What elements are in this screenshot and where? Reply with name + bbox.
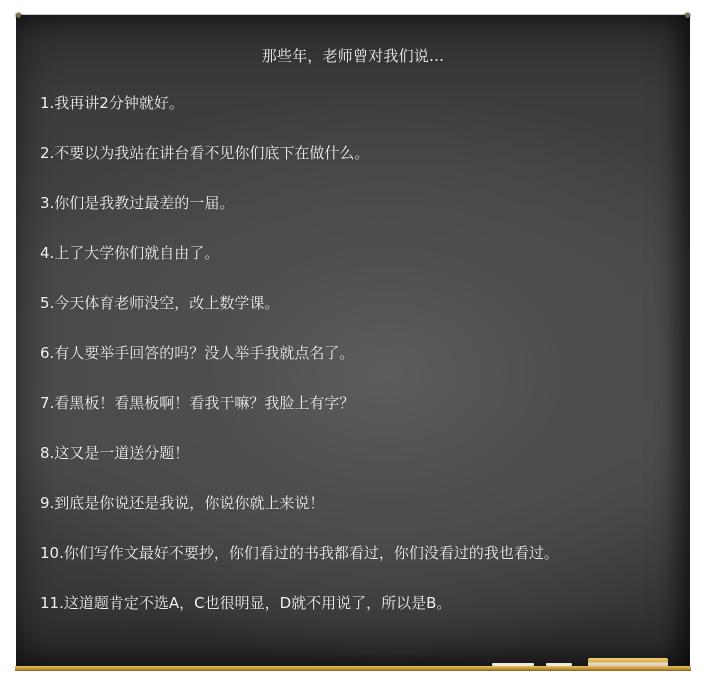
- quote-line: 7.看黑板！看黑板啊！看我干嘛？我脸上有字？: [40, 393, 559, 443]
- quote-line: 10.你们写作文最好不要抄，你们看过的书我都看过，你们没看过的我也看过。: [40, 543, 559, 593]
- chalk-tray: [15, 666, 691, 671]
- quote-line: 11.这道题肯定不选A，C也很明显，D就不用说了，所以是B。: [40, 593, 559, 643]
- quote-line: 8.这又是一道送分题！: [40, 443, 559, 493]
- board-title: 那些年，老师曾对我们说…: [16, 45, 690, 66]
- quote-line: 6.有人要举手回答的吗？没人举手我就点名了。: [40, 343, 559, 393]
- quote-line: 2.不要以为我站在讲台看不见你们底下在做什么。: [40, 143, 559, 193]
- quote-list: 1.我再讲2分钟就好。 2.不要以为我站在讲台看不见你们底下在做什么。 3.你们…: [40, 93, 559, 643]
- quote-line: 3.你们是我教过最差的一届。: [40, 193, 559, 243]
- pin-icon: [685, 13, 690, 18]
- quote-line: 9.到底是你说还是我说，你说你就上来说！: [40, 493, 559, 543]
- pin-icon: [16, 13, 21, 18]
- quote-line: 1.我再讲2分钟就好。: [40, 93, 559, 143]
- quote-line: 4.上了大学你们就自由了。: [40, 243, 559, 293]
- chalkboard: 那些年，老师曾对我们说… 1.我再讲2分钟就好。 2.不要以为我站在讲台看不见你…: [16, 14, 690, 667]
- quote-line: 5.今天体育老师没空，改上数学课。: [40, 293, 559, 343]
